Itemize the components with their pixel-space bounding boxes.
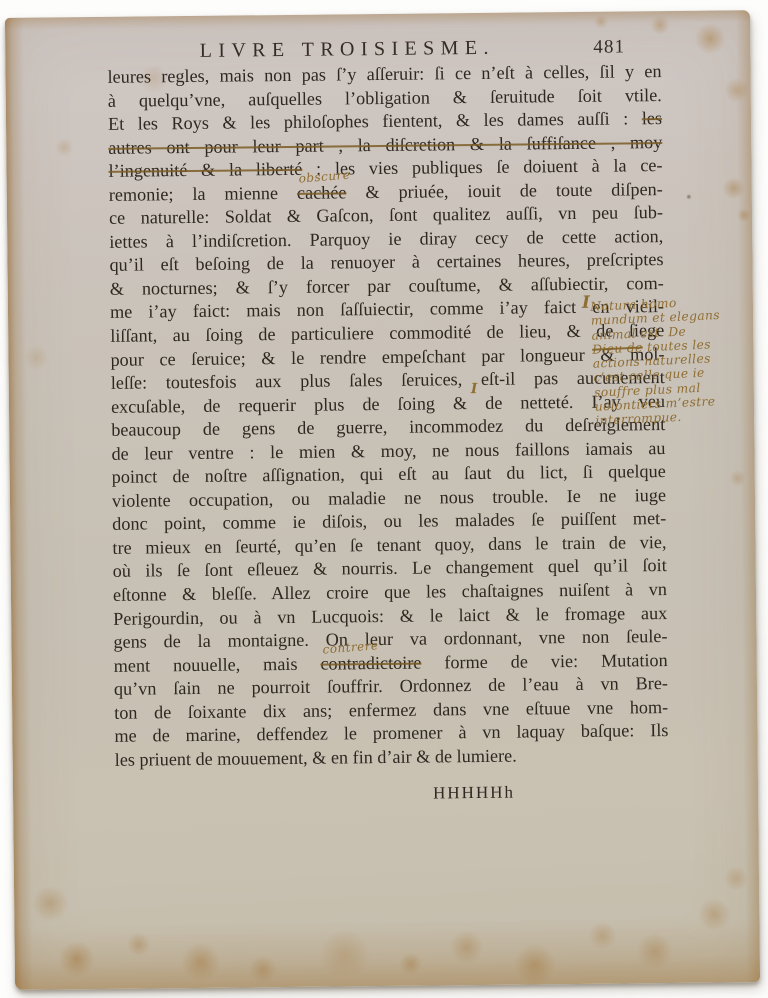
- printed-text: ment nouuelle, mais: [114, 653, 321, 675]
- paper-sheet: LIVRE TROISIESME. 481 leures regles, mai…: [5, 10, 760, 990]
- photo-background: { "header": { "title": "LIVRE TROISIESME…: [0, 0, 768, 998]
- printed-text: où ils ſe ſont eſleuez & nourris. Le cha…: [113, 556, 667, 582]
- printed-text: qu’il eſt beſoing de la renuoyer à certa…: [109, 249, 663, 275]
- printed-text: forme de vie: Mutation: [421, 650, 667, 673]
- printed-text: de leur ventre : le mien & moy, ne nous …: [111, 438, 665, 464]
- printed-text: pour ce ſeruice; & le rendre empeſchant …: [110, 344, 664, 370]
- printed-text: qu’vn ſain ne pourroit ſouffrir. Ordonne…: [114, 673, 668, 699]
- printed-text: : les vies publiques ſe doiuent à la ce-: [302, 155, 662, 179]
- handwritten-correction: obscure: [298, 164, 351, 192]
- signature-mark: HHHHHh: [433, 783, 515, 804]
- printed-text: les priuent de mouuement, & en fin d’air…: [115, 745, 517, 769]
- printed-text: Et les Roys & les philoſophes fientent, …: [108, 108, 642, 134]
- printed-text: iettes à l’indiſcretion. Parquoy ie dira…: [109, 226, 663, 252]
- printed-text: eſtonne & bleſſe. Allez croire que les c…: [113, 579, 667, 605]
- printed-text: donc point, comme ie diſois, ou les mala…: [112, 508, 666, 534]
- printed-text: interrompue.: [595, 410, 682, 428]
- struck-text: autres ont pour leur part , la diſcretio…: [108, 132, 662, 158]
- printed-text: gens de la montaigne. On leur va ordonna…: [113, 626, 667, 652]
- printed-text: violente occupation, ou maladie ne nous …: [112, 485, 666, 511]
- printed-text: & nocturnes; & ſ’y forcer par couſtume, …: [110, 273, 664, 299]
- printed-text: leures regles, mais non pas ſ’y aſſeruir…: [107, 61, 661, 87]
- printed-text: me de marine, deffendez le promener à vn…: [114, 720, 668, 746]
- struck-text: l’ingenuité & la liberté: [108, 159, 302, 181]
- margin-note: Natura homomundum et elegansanimal est. …: [590, 292, 760, 428]
- printed-text: & priuée, iouit de toute diſpen-: [346, 179, 663, 202]
- struck-text: les: [642, 108, 662, 128]
- insertion-mark: I: [582, 293, 590, 313]
- corrected-word: contrerecontradictoire: [320, 652, 421, 673]
- printed-text: à quelqu’vne, auſquelles l’obligation & …: [108, 85, 662, 111]
- printed-text: Perigourdin, ou à vn Lucquois: & le laic…: [113, 603, 667, 629]
- handwritten-correction: contrere: [321, 634, 379, 662]
- printed-text: poinct de noſtre aſſignation, qui eſt au…: [112, 461, 666, 487]
- printed-text: excuſable, de requerir plus de ſoing & d…: [111, 391, 665, 417]
- body-text: leures regles, mais non pas ſ’y aſſeruir…: [107, 60, 668, 772]
- printed-text: remonie; la mienne: [109, 183, 297, 205]
- text-line: les priuent de mouuement, & en fin d’air…: [115, 743, 669, 772]
- printed-text: leſſe: toutesfois aux plus ſales ſeruice…: [111, 367, 665, 393]
- corrected-word: obscurecachée: [297, 182, 347, 203]
- insertion-mark: I: [471, 381, 478, 397]
- printed-text: ce naturelle: Soldat & Gaſcon, ſont qual…: [109, 202, 663, 228]
- page-number: 481: [593, 36, 625, 58]
- running-title: LIVRE TROISIESME.: [107, 36, 587, 64]
- printed-text: beaucoup de gens de guerre, incommodez d…: [111, 414, 665, 440]
- printed-text: tre mieux en ſeurté, qu’en ſe tenant quo…: [112, 532, 666, 558]
- printed-text: ton de ſoixante dix ans; enfermez dans v…: [114, 697, 668, 723]
- printed-text: liſſant, au ſoing de particuliere commod…: [110, 320, 664, 346]
